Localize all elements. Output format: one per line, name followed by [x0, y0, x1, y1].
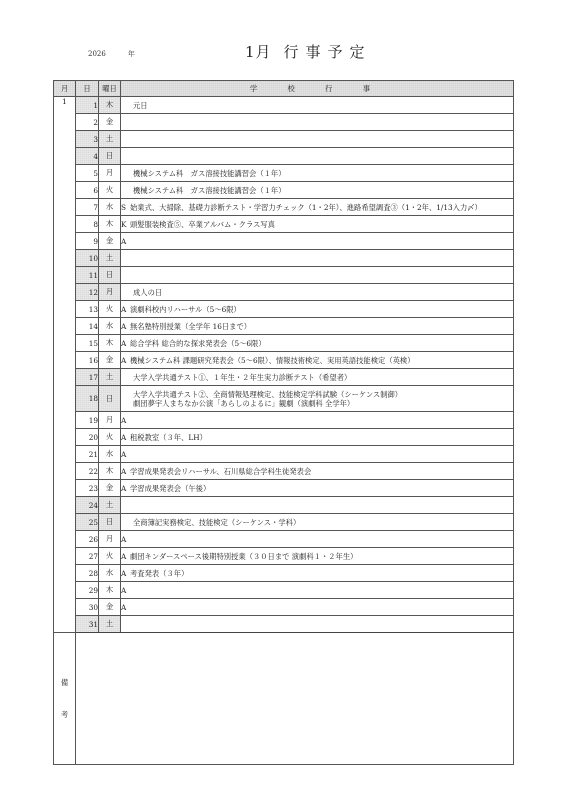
day-cell: 5: [76, 165, 99, 182]
event-text: 大学入学共通テスト①、１年生・２年生実力診断テスト（希望者）: [133, 373, 351, 382]
day-cell: 14: [76, 318, 99, 335]
month-cell: 1: [54, 97, 76, 633]
weekday-cell: 火: [99, 301, 121, 318]
weekday-cell: 金: [99, 480, 121, 497]
event-text: 頭髪服装検査⑤、卒業アルバム・クラス写真: [130, 220, 275, 229]
title-month: 1月: [245, 43, 272, 61]
event-cell: A: [121, 446, 514, 463]
table-row: 26月A: [54, 531, 514, 548]
day-cell: 1: [76, 97, 99, 114]
schedule-code: A: [121, 356, 130, 365]
weekday-cell: 木: [99, 216, 121, 233]
schedule-code: A: [121, 586, 130, 595]
table-row: 27火A劇団キンダースペース後期特別授業（３０日まで 演劇科１・２年生）: [54, 548, 514, 565]
event-cell: 成人の日: [121, 284, 514, 301]
table-row: 15木A総合学科 総合的な探求発表会（5～6限）: [54, 335, 514, 352]
event-text: 演劇科校内リハーサル（5～6限）: [130, 305, 241, 314]
event-cell: K頭髪服装検査⑤、卒業アルバム・クラス写真: [121, 216, 514, 233]
day-cell: 27: [76, 548, 99, 565]
table-row: 22木A学習成果発表会リハーサル、石川県総合学科生徒発表会: [54, 463, 514, 480]
schedule-code: A: [121, 305, 130, 314]
weekday-cell: 木: [99, 97, 121, 114]
event-text: 学習成果発表会（午後）: [130, 484, 210, 493]
weekday-cell: 金: [99, 352, 121, 369]
weekday-cell: 金: [99, 114, 121, 131]
day-cell: 7: [76, 199, 99, 216]
table-row: 5月機械システム科 ガス溶接技能講習会（１年）: [54, 165, 514, 182]
schedule-code: S: [121, 203, 130, 212]
day-cell: 6: [76, 182, 99, 199]
event-cell: A: [121, 412, 514, 429]
weekday-cell: 木: [99, 582, 121, 599]
page-title: 1月行事予定: [245, 41, 372, 62]
event-cell: A劇団キンダースペース後期特別授業（３０日まで 演劇科１・２年生）: [121, 548, 514, 565]
event-text: 成人の日: [133, 288, 162, 297]
event-cell: [121, 267, 514, 284]
weekday-cell: 月: [99, 284, 121, 301]
day-cell: 24: [76, 497, 99, 514]
event-cell: 大学入学共通テスト①、１年生・２年生実力診断テスト（希望者）: [121, 369, 514, 386]
event-cell: [121, 616, 514, 633]
year-suffix: 年: [128, 50, 135, 58]
weekday-cell: 月: [99, 531, 121, 548]
event-cell: A考査発表（３年）: [121, 565, 514, 582]
column-header-events: 学 校 行 事: [121, 81, 514, 97]
event-text: 総合学科 総合的な探求発表会（5～6限）: [130, 339, 266, 348]
table-row: 4日: [54, 148, 514, 165]
table-row: 24土: [54, 497, 514, 514]
event-cell: A: [121, 233, 514, 250]
day-cell: 31: [76, 616, 99, 633]
event-text: 大学入学共通テスト②、全商情報処理検定、技能検定学科試験（シーケンス制御） 劇団…: [133, 390, 508, 408]
weekday-cell: 月: [99, 165, 121, 182]
day-cell: 23: [76, 480, 99, 497]
weekday-cell: 日: [99, 386, 121, 412]
weekday-cell: 土: [99, 250, 121, 267]
event-cell: 機械システム科 ガス溶接技能講習会（１年）: [121, 182, 514, 199]
event-cell: S始業式、大掃除、基礎力診断テスト・学習力チェック（1・2年）、進路希望調査③（…: [121, 199, 514, 216]
table-row: 3土: [54, 131, 514, 148]
table-header-row: 月 日 曜日 学 校 行 事: [54, 81, 514, 97]
table-row: 31土: [54, 616, 514, 633]
event-cell: A: [121, 599, 514, 616]
remarks-row: 備考: [54, 633, 514, 765]
event-text: 無名塾特別授業（全学年 16日まで）: [130, 322, 251, 331]
schedule-code: A: [121, 603, 130, 612]
event-cell: A無名塾特別授業（全学年 16日まで）: [121, 318, 514, 335]
table-row: 21水A: [54, 446, 514, 463]
event-text: 元日: [133, 101, 148, 110]
event-cell: A総合学科 総合的な探求発表会（5～6限）: [121, 335, 514, 352]
weekday-cell: 土: [99, 131, 121, 148]
weekday-cell: 土: [99, 497, 121, 514]
remarks-content: [76, 633, 514, 765]
event-text: 始業式、大掃除、基礎力診断テスト・学習力チェック（1・2年）、進路希望調査③（1…: [130, 203, 482, 212]
event-cell: A機械システム科 課題研究発表会（5～6限）、情報技術検定、実用英語技能検定（英…: [121, 352, 514, 369]
day-cell: 3: [76, 131, 99, 148]
table-row: 18日大学入学共通テスト②、全商情報処理検定、技能検定学科試験（シーケンス制御）…: [54, 386, 514, 412]
event-cell: A学習成果発表会リハーサル、石川県総合学科生徒発表会: [121, 463, 514, 480]
day-cell: 15: [76, 335, 99, 352]
event-cell: 大学入学共通テスト②、全商情報処理検定、技能検定学科試験（シーケンス制御） 劇団…: [121, 386, 514, 412]
weekday-cell: 火: [99, 429, 121, 446]
day-cell: 29: [76, 582, 99, 599]
column-header-day: 日: [76, 81, 99, 97]
weekday-cell: 水: [99, 565, 121, 582]
day-cell: 25: [76, 514, 99, 531]
remarks-label: 備考: [54, 633, 76, 765]
year-label: 2026年: [88, 49, 135, 59]
table-row: 11木元日: [54, 97, 514, 114]
schedule-table: 月 日 曜日 学 校 行 事 11木元日2金3土4日5月機械システム科 ガス溶接…: [53, 80, 514, 765]
day-cell: 17: [76, 369, 99, 386]
day-cell: 9: [76, 233, 99, 250]
weekday-cell: 土: [99, 369, 121, 386]
schedule-code: A: [121, 552, 130, 561]
day-cell: 19: [76, 412, 99, 429]
event-text: 劇団キンダースペース後期特別授業（３０日まで 演劇科１・２年生）: [130, 552, 357, 561]
day-cell: 12: [76, 284, 99, 301]
table-row: 11日: [54, 267, 514, 284]
day-cell: 30: [76, 599, 99, 616]
weekday-cell: 火: [99, 548, 121, 565]
event-cell: [121, 131, 514, 148]
event-cell: A学習成果発表会（午後）: [121, 480, 514, 497]
table-row: 28水A考査発表（３年）: [54, 565, 514, 582]
schedule-body: 11木元日2金3土4日5月機械システム科 ガス溶接技能講習会（１年）6火機械シス…: [54, 97, 514, 765]
table-row: 14水A無名塾特別授業（全学年 16日まで）: [54, 318, 514, 335]
table-row: 25日全商簿記実務検定、技能検定（シーケンス・学科）: [54, 514, 514, 531]
table-row: 6火機械システム科 ガス溶接技能講習会（１年）: [54, 182, 514, 199]
schedule-code: A: [121, 467, 130, 476]
event-text: 機械システム科 課題研究発表会（5～6限）、情報技術検定、実用英語技能検定（英検…: [130, 356, 415, 365]
schedule-code: A: [121, 339, 130, 348]
table-row: 12月成人の日: [54, 284, 514, 301]
table-row: 2金: [54, 114, 514, 131]
schedule-code: A: [121, 535, 130, 544]
weekday-cell: 水: [99, 446, 121, 463]
event-cell: 全商簿記実務検定、技能検定（シーケンス・学科）: [121, 514, 514, 531]
weekday-cell: 火: [99, 182, 121, 199]
weekday-cell: 水: [99, 318, 121, 335]
schedule-code: A: [121, 433, 130, 442]
table-row: 23金A学習成果発表会（午後）: [54, 480, 514, 497]
weekday-cell: 金: [99, 233, 121, 250]
table-row: 29木A: [54, 582, 514, 599]
weekday-cell: 金: [99, 599, 121, 616]
event-text: 学習成果発表会リハーサル、石川県総合学科生徒発表会: [130, 467, 311, 476]
weekday-cell: 日: [99, 514, 121, 531]
weekday-cell: 土: [99, 616, 121, 633]
weekday-cell: 月: [99, 412, 121, 429]
weekday-cell: 日: [99, 148, 121, 165]
table-row: 20火A租税教室（３年、LH）: [54, 429, 514, 446]
day-cell: 8: [76, 216, 99, 233]
event-cell: [121, 497, 514, 514]
day-cell: 4: [76, 148, 99, 165]
event-cell: [121, 250, 514, 267]
day-cell: 26: [76, 531, 99, 548]
weekday-cell: 日: [99, 267, 121, 284]
day-cell: 11: [76, 267, 99, 284]
title-text: 行事予定: [284, 43, 372, 61]
day-cell: 16: [76, 352, 99, 369]
event-cell: [121, 114, 514, 131]
event-text: 機械システム科 ガス溶接技能講習会（１年）: [133, 186, 286, 195]
remarks-label-2: 考: [54, 699, 75, 731]
event-cell: A演劇科校内リハーサル（5～6限）: [121, 301, 514, 318]
day-cell: 13: [76, 301, 99, 318]
day-cell: 20: [76, 429, 99, 446]
weekday-cell: 木: [99, 463, 121, 480]
day-cell: 2: [76, 114, 99, 131]
weekday-cell: 水: [99, 199, 121, 216]
table-row: 13火A演劇科校内リハーサル（5～6限）: [54, 301, 514, 318]
table-row: 10土: [54, 250, 514, 267]
year-value: 2026: [88, 50, 106, 58]
table-row: 8木K頭髪服装検査⑤、卒業アルバム・クラス写真: [54, 216, 514, 233]
weekday-cell: 木: [99, 335, 121, 352]
event-text: 考査発表（３年）: [130, 569, 188, 578]
table-row: 19月A: [54, 412, 514, 429]
event-text: 全商簿記実務検定、技能検定（シーケンス・学科）: [133, 518, 300, 527]
event-cell: 機械システム科 ガス溶接技能講習会（１年）: [121, 165, 514, 182]
table-row: 16金A機械システム科 課題研究発表会（5～6限）、情報技術検定、実用英語技能検…: [54, 352, 514, 369]
schedule-code: A: [121, 569, 130, 578]
day-cell: 28: [76, 565, 99, 582]
event-cell: A: [121, 582, 514, 599]
event-cell: A: [121, 531, 514, 548]
column-header-dow: 曜日: [99, 81, 121, 97]
table-row: 9金A: [54, 233, 514, 250]
event-text: 租税教室（３年、LH）: [130, 433, 207, 442]
schedule-code: K: [121, 220, 130, 229]
schedule-code: A: [121, 416, 130, 425]
event-cell: [121, 148, 514, 165]
remarks-label-1: 備: [54, 667, 75, 699]
event-cell: A租税教室（３年、LH）: [121, 429, 514, 446]
schedule-code: A: [121, 484, 130, 493]
day-cell: 18: [76, 386, 99, 412]
schedule-code: A: [121, 322, 130, 331]
event-text: 機械システム科 ガス溶接技能講習会（１年）: [133, 169, 286, 178]
schedule-code: A: [121, 450, 130, 459]
column-header-month: 月: [54, 81, 76, 97]
day-cell: 21: [76, 446, 99, 463]
day-cell: 22: [76, 463, 99, 480]
table-row: 7水S始業式、大掃除、基礎力診断テスト・学習力チェック（1・2年）、進路希望調査…: [54, 199, 514, 216]
table-row: 17土大学入学共通テスト①、１年生・２年生実力診断テスト（希望者）: [54, 369, 514, 386]
schedule-code: A: [121, 237, 130, 246]
day-cell: 10: [76, 250, 99, 267]
table-row: 30金A: [54, 599, 514, 616]
event-cell: 元日: [121, 97, 514, 114]
